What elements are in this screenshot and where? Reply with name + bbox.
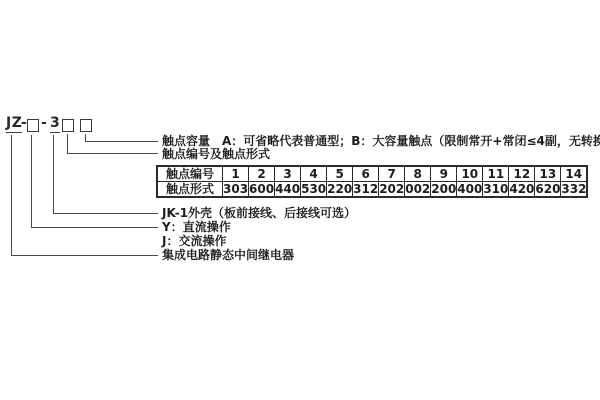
contact-number-cell: 2	[249, 166, 275, 182]
contact-form-cell: 620	[535, 182, 561, 198]
contact-number-cell: 8	[405, 166, 431, 182]
contact-number-cell: 14	[561, 166, 587, 182]
table-row2-header: 触点形式	[157, 182, 223, 198]
table-row-contact-forms: 触点形式 303 600 440 530 220 312 202 002 200…	[157, 182, 587, 198]
contact-form-cell: 420	[509, 182, 535, 198]
placeholder-box-contact-capacity	[80, 119, 92, 132]
callout-contact-numbering: 触点编号及触点形式	[162, 147, 270, 161]
contact-form-cell: 600	[249, 182, 275, 198]
contact-number-cell: 5	[327, 166, 353, 182]
contact-number-cell: 13	[535, 166, 561, 182]
contact-form-cell: 332	[561, 182, 587, 198]
contact-number-cell: 11	[483, 166, 509, 182]
contact-form-cell: 303	[223, 182, 249, 198]
placeholder-box-contact-number	[62, 119, 74, 132]
contact-form-cell: 310	[483, 182, 509, 198]
contact-form-cell: 440	[275, 182, 301, 198]
table-row-contact-numbers: 触点编号 1 2 3 4 5 6 7 8 9 10 11 12 13 14	[157, 166, 587, 182]
model-dash-2: -	[41, 116, 47, 131]
contact-form-cell: 202	[379, 182, 405, 198]
contact-form-cell: 400	[457, 182, 483, 198]
callout-dc-operation: Y：直流操作	[162, 220, 231, 234]
model-prefix: JZ	[6, 116, 22, 133]
callout-shell: JK-1外壳（板前接线、后接线可选）	[162, 206, 356, 220]
callout-contact-capacity: 触点容量 A：可省略代表普通型；B：大容量触点（限制常开+常闭≤4副，无转换）	[162, 134, 600, 148]
contact-form-cell: 530	[301, 182, 327, 198]
callout-base-name: 集成电路静态中间继电器	[162, 248, 294, 262]
contact-number-cell: 10	[457, 166, 483, 182]
contact-number-cell: 4	[301, 166, 327, 182]
contact-form-cell: 002	[405, 182, 431, 198]
contact-form-cell: 220	[327, 182, 353, 198]
table-row1-header: 触点编号	[157, 166, 223, 182]
contact-number-cell: 12	[509, 166, 535, 182]
contact-form-cell: 200	[431, 182, 457, 198]
relay-model-designation-diagram: JZ - - 3 触点容量 A：可省略代表普通型；B：大容量触点（限制常开+常闭…	[0, 0, 600, 400]
contact-number-cell: 7	[379, 166, 405, 182]
contact-number-cell: 1	[223, 166, 249, 182]
contact-number-cell: 3	[275, 166, 301, 182]
connector-line-base-name	[11, 135, 158, 256]
callout-ac-operation: J：交流操作	[162, 234, 226, 248]
placeholder-box-operation-mode	[27, 119, 39, 132]
contact-number-cell: 6	[353, 166, 379, 182]
contact-table: 触点编号 1 2 3 4 5 6 7 8 9 10 11 12 13 14 触点…	[156, 165, 588, 198]
contact-number-cell: 9	[431, 166, 457, 182]
model-shell-code: 3	[50, 116, 60, 133]
contact-form-cell: 312	[353, 182, 379, 198]
